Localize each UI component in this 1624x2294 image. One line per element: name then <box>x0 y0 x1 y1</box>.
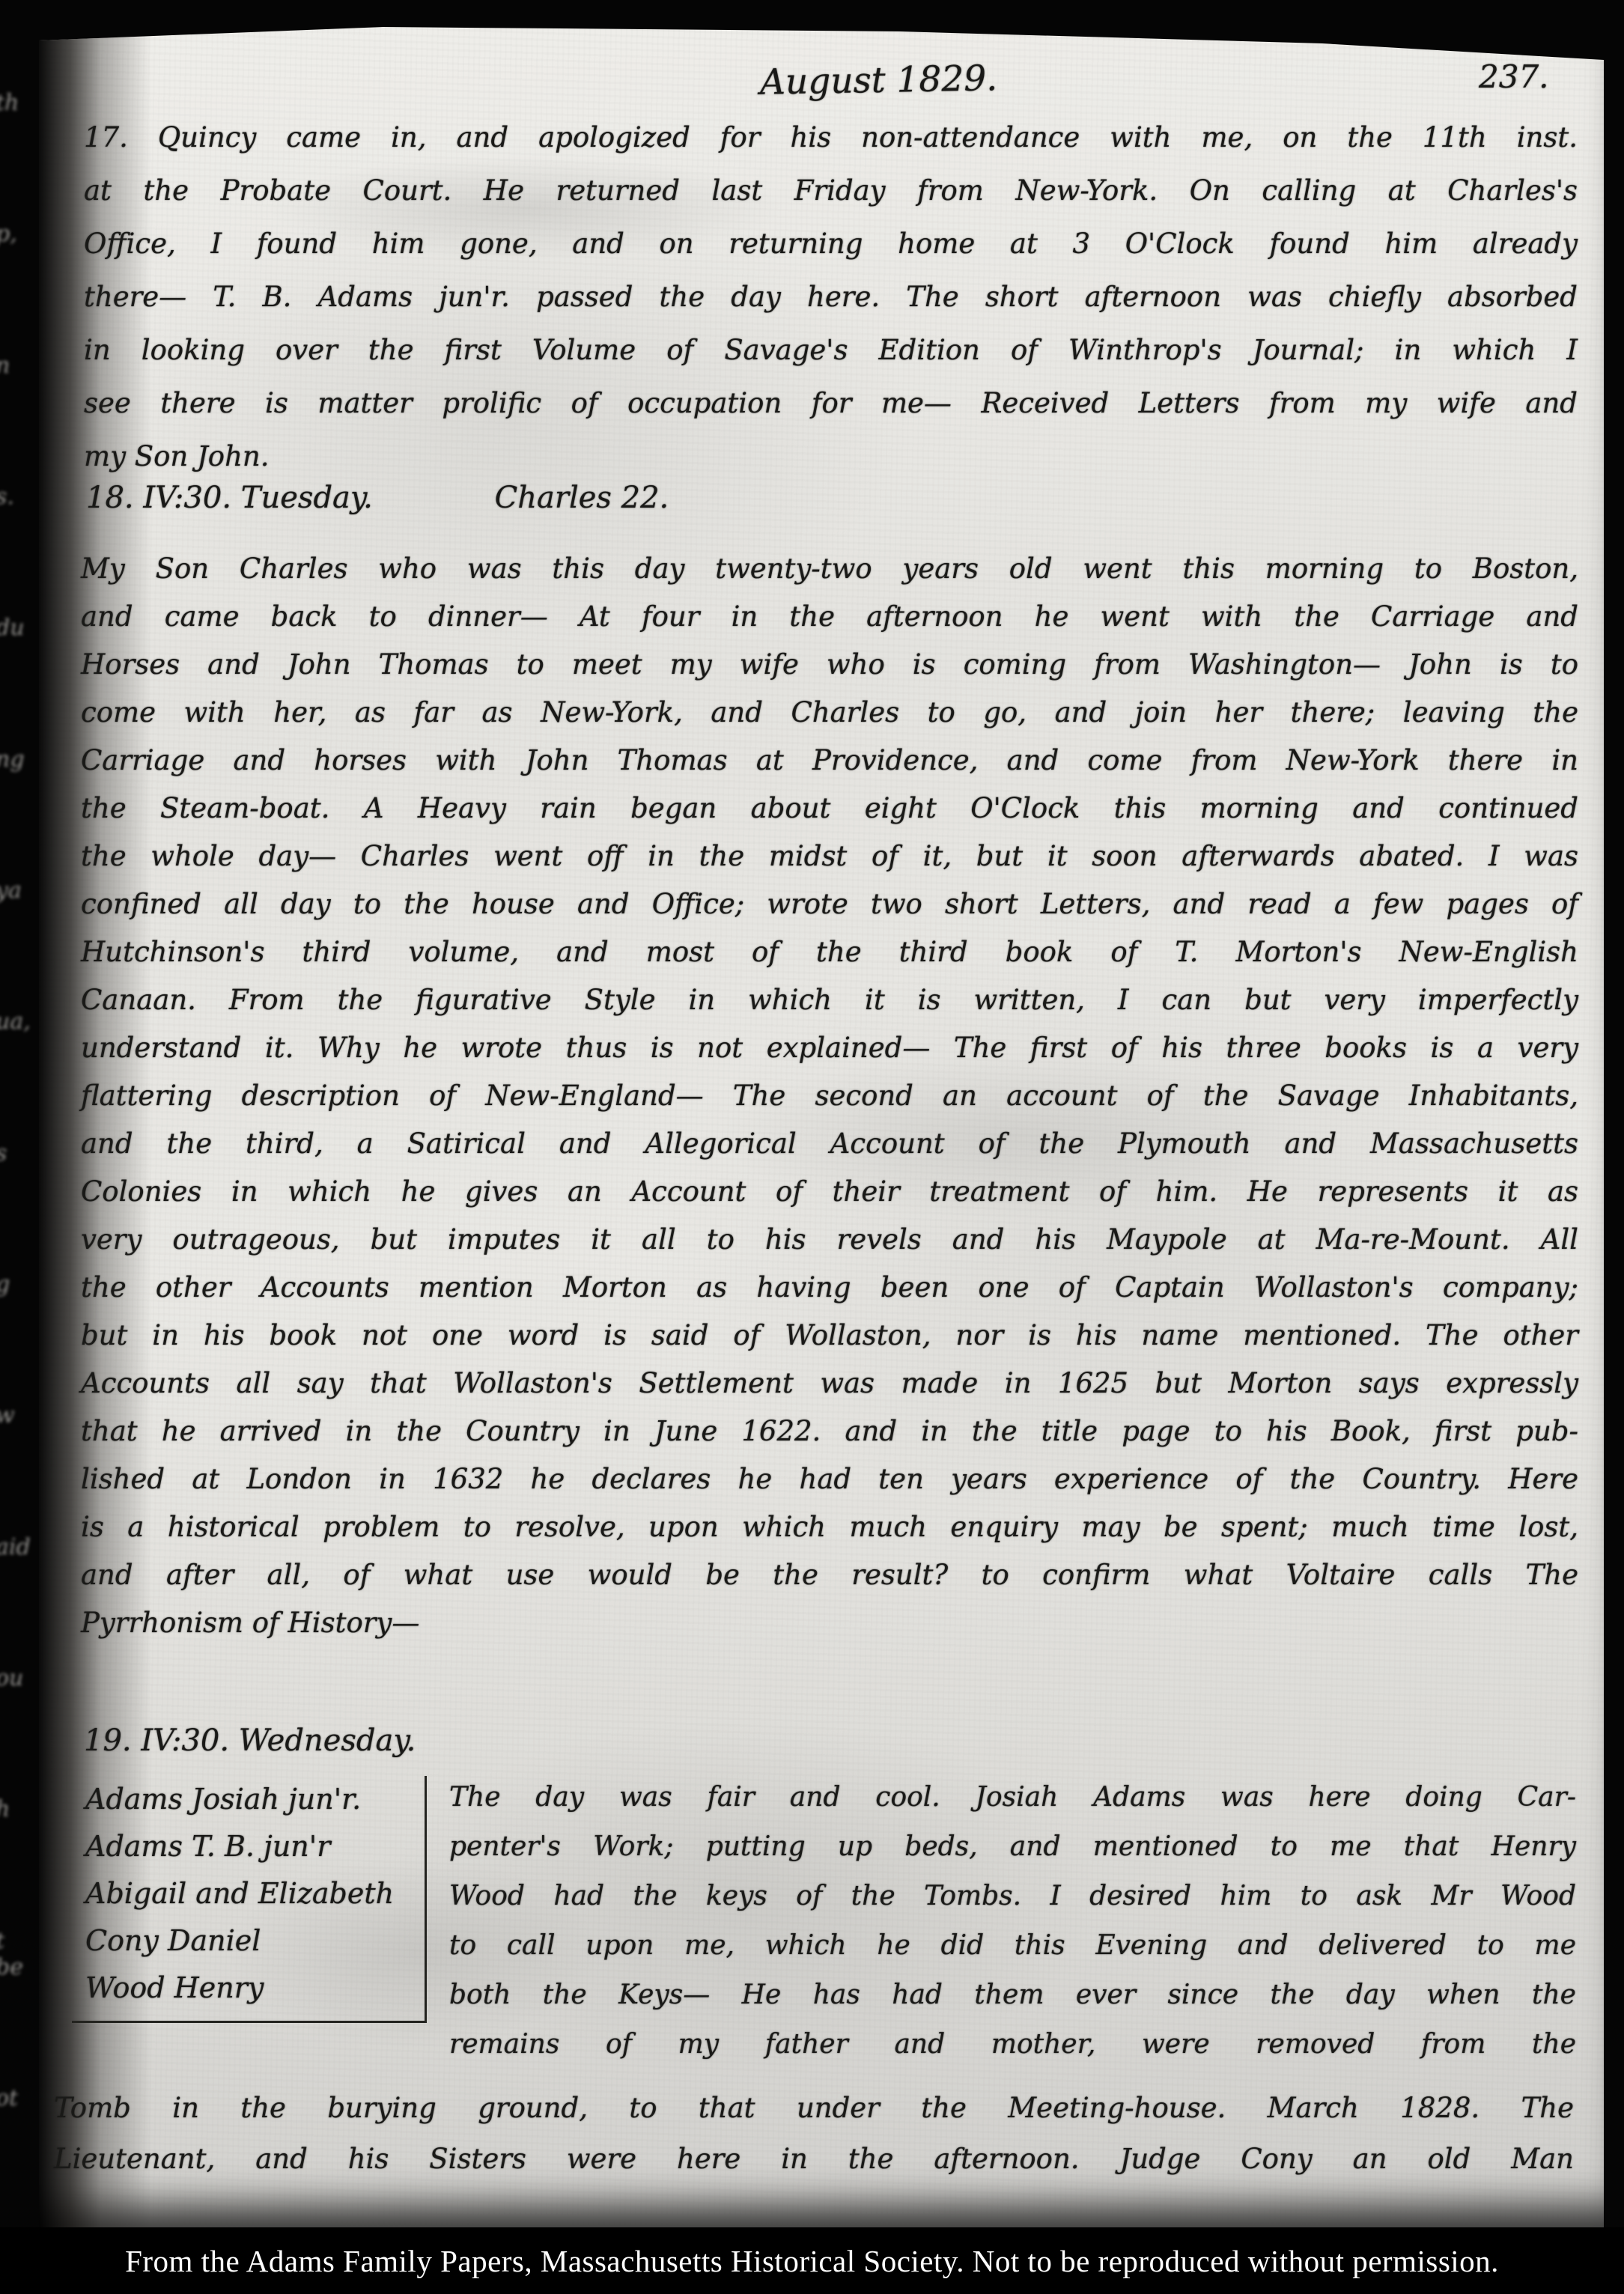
bleed-through-fragment: t be <box>0 1928 21 1980</box>
manuscript-line: come with her, as far as New-York, and C… <box>81 689 1578 737</box>
visitor-names-box: Adams Josiah jun'r.Adams T. B. jun'rAbig… <box>72 1776 427 2023</box>
bleed-through-fragment: w <box>0 1402 21 1429</box>
manuscript-line: Office, I found him gone, and on returni… <box>84 217 1578 270</box>
manuscript-line: both the Keys— He has had them ever sinc… <box>449 1971 1576 2020</box>
visitor-name: Adams Josiah jun'r. <box>85 1776 425 1823</box>
manuscript-line: the Steam-boat. A Heavy rain began about… <box>81 785 1578 833</box>
manuscript-line: 17. Quincy came in, and apologized for h… <box>84 111 1578 164</box>
manuscript-line: Pyrrhonism of History— <box>81 1599 1578 1647</box>
manuscript-line: that he arrived in the Country in June 1… <box>81 1408 1578 1455</box>
bleed-through-fragment: aid <box>0 1534 21 1560</box>
manuscript-line: my Son John. <box>84 430 1578 483</box>
bleed-through-fragment: ot <box>0 2085 21 2111</box>
bleed-through-fragment: ua, <box>0 1008 21 1035</box>
manuscript-line: but in his book not one word is said of … <box>81 1312 1578 1360</box>
bleed-through-fragments: thp,ns.dungyaua,sgwaidouht beot <box>0 90 25 2111</box>
manuscript-line: remains of my father and mother, were re… <box>449 2020 1576 2069</box>
manuscript-line: The day was fair and cool. Josiah Adams … <box>449 1773 1576 1822</box>
manuscript-line: understand it. Why he wrote thus is not … <box>81 1024 1578 1072</box>
visitor-name: Cony Daniel <box>85 1917 425 1965</box>
entry-17-block: 17. Quincy came in, and apologized for h… <box>84 111 1578 483</box>
entry-19-text-beside-names: The day was fair and cool. Josiah Adams … <box>449 1773 1576 2069</box>
page-number: 237. <box>1479 58 1549 95</box>
manuscript-line: Colonies in which he gives an Account of… <box>81 1168 1578 1216</box>
manuscript-line: is a historical problem to resolve, upon… <box>81 1503 1578 1551</box>
bleed-through-fragment: th <box>0 90 21 116</box>
bleed-through-fragment: ng <box>0 746 21 773</box>
manuscript-line: Accounts all say that Wollaston's Settle… <box>81 1360 1578 1408</box>
entry-18-date: 18. IV:30. Tuesday. <box>86 481 373 515</box>
manuscript-line: the other Accounts mention Morton as hav… <box>81 1264 1578 1312</box>
manuscript-line: see there is matter prolific of occupati… <box>84 377 1578 430</box>
manuscript-line: lished at London in 1632 he declares he … <box>81 1455 1578 1503</box>
manuscript-line: flattering description of New-England— T… <box>81 1072 1578 1120</box>
entry-19-text-full-width: Tomb in the burying ground, to that unde… <box>54 2083 1574 2185</box>
visitor-name: Adams T. B. jun'r <box>85 1823 425 1870</box>
bleed-through-fragment: ou <box>0 1665 21 1691</box>
bleed-through-fragment: s. <box>0 484 21 510</box>
bleed-through-fragment: h <box>0 1796 21 1822</box>
manuscript-line: Canaan. From the figurative Style in whi… <box>81 976 1578 1024</box>
bleed-through-fragment: du <box>0 615 21 641</box>
entry-18-note: Charles 22. <box>495 481 669 515</box>
manuscript-line: in looking over the first Volume of Sava… <box>84 323 1578 377</box>
bleed-through-fragment: g <box>0 1271 21 1297</box>
manuscript-line: at the Probate Court. He returned last F… <box>84 164 1578 217</box>
bleed-through-fragment: p, <box>0 221 21 247</box>
manuscript-line: My Son Charles who was this day twenty-t… <box>81 545 1578 593</box>
credit-caption-bar: From the Adams Family Papers, Massachuse… <box>0 2227 1624 2294</box>
manuscript-line: Lieutenant, and his Sisters were here in… <box>54 2134 1574 2185</box>
bleed-through-fragment: s <box>0 1140 21 1166</box>
manuscript-line: very outrageous, but imputes it all to h… <box>81 1216 1578 1264</box>
manuscript-line: Carriage and horses with John Thomas at … <box>81 737 1578 785</box>
manuscript-line: Tomb in the burying ground, to that unde… <box>54 2083 1574 2134</box>
manuscript-line: the whole day— Charles went off in the m… <box>81 833 1578 880</box>
entry-18-heading: 18. IV:30. Tuesday. Charles 22. <box>86 481 669 515</box>
manuscript-line: confined all day to the house and Office… <box>81 880 1578 928</box>
scanned-diary-page: thp,ns.dungyaua,sgwaidouht beot August 1… <box>0 0 1624 2294</box>
manuscript-line: to call upon me, which he did this Eveni… <box>449 1921 1576 1971</box>
visitor-name: Wood Henry <box>85 1965 425 2012</box>
manuscript-line: and came back to dinner— At four in the … <box>81 593 1578 641</box>
bleed-through-fragment: n <box>0 353 21 379</box>
entry-19-heading: 19. IV:30. Wednesday. <box>84 1723 416 1758</box>
manuscript-line: Wood had the keys of the Tombs. I desire… <box>449 1872 1576 1921</box>
entry-18-block: My Son Charles who was this day twenty-t… <box>81 545 1578 1647</box>
page-header-date: August 1829. <box>760 58 998 103</box>
manuscript-line: penter's Work; putting up beds, and ment… <box>449 1822 1576 1872</box>
credit-caption-text: From the Adams Family Papers, Massachuse… <box>125 2243 1499 2279</box>
manuscript-line: Hutchinson's third volume, and most of t… <box>81 928 1578 976</box>
visitor-name: Abigail and Elizabeth <box>85 1870 425 1917</box>
bleed-through-fragment: ya <box>0 877 21 904</box>
manuscript-line: there— T. B. Adams jun'r. passed the day… <box>84 270 1578 323</box>
manuscript-line: and after all, of what use would be the … <box>81 1551 1578 1599</box>
manuscript-line: Horses and John Thomas to meet my wife w… <box>81 641 1578 689</box>
manuscript-line: and the third, a Satirical and Allegoric… <box>81 1120 1578 1168</box>
